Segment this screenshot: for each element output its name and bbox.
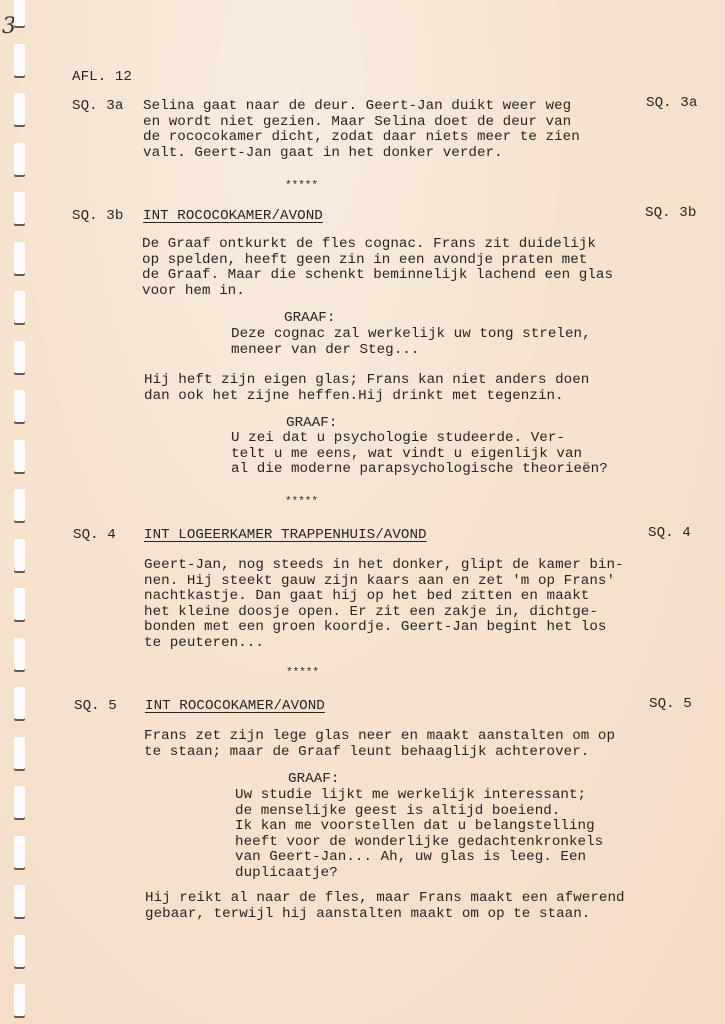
binder-hole — [14, 0, 25, 26]
binder-hole — [14, 291, 25, 323]
scene-label-right: SQ. 3b — [645, 206, 696, 222]
binder-hole — [14, 588, 25, 620]
scene-label-left: SQ. 3a — [72, 99, 123, 115]
binder-hole — [14, 638, 25, 670]
action-text: Frans zet zijn lege glas neer en maakt a… — [144, 729, 615, 760]
action-text: Hij heft zijn eigen glas; Frans kan niet… — [144, 373, 589, 404]
dialogue-text: Uw studie lijkt me werkelijk interessant… — [235, 788, 603, 881]
binder-hole — [14, 885, 25, 917]
scene-label-left: SQ. 4 — [73, 528, 116, 544]
scene-separator: ***** — [285, 180, 318, 192]
scene-label-right: SQ. 3a — [646, 96, 697, 112]
binder-hole — [14, 687, 25, 719]
binder-hole — [14, 539, 25, 571]
binder-hole — [14, 390, 25, 422]
binder-hole — [14, 440, 25, 472]
scene-label-right: SQ. 4 — [648, 526, 691, 542]
action-text: Geert-Jan, nog steeds in het donker, gli… — [144, 558, 624, 651]
binder-hole — [14, 786, 25, 818]
dialogue-text: U zei dat u psychologie studeerde. Ver- … — [231, 431, 608, 478]
binder-holes — [14, 0, 30, 1024]
episode-label: AFL. 12 — [72, 70, 132, 86]
scene-separator: ***** — [286, 667, 319, 679]
binder-hole — [14, 93, 25, 125]
dialogue-text: Deze cognac zal werkelijk uw tong strele… — [231, 327, 591, 358]
character-name: GRAAF: — [284, 311, 335, 327]
binder-hole — [14, 984, 25, 1016]
binder-hole — [14, 192, 25, 224]
scene-label-left: SQ. 5 — [74, 699, 117, 715]
binder-hole — [14, 489, 25, 521]
character-name: GRAAF: — [288, 772, 339, 788]
scene-heading: INT ROCOCOKAMER/AVOND — [145, 699, 325, 715]
scene-label-left: SQ. 3b — [72, 209, 123, 225]
binder-hole — [14, 44, 25, 76]
scene-label-right: SQ. 5 — [649, 697, 692, 713]
binder-hole — [14, 341, 25, 373]
binder-hole — [14, 737, 25, 769]
scene-heading: INT ROCOCOKAMER/AVOND — [143, 209, 323, 225]
action-text: De Graaf ontkurkt de fles cognac. Frans … — [142, 237, 613, 299]
action-text: Selina gaat naar de deur. Geert-Jan duik… — [143, 99, 580, 161]
binder-hole — [14, 836, 25, 868]
binder-hole — [14, 143, 25, 175]
binder-hole — [14, 935, 25, 967]
action-text: Hij reikt al naar de fles, maar Frans ma… — [145, 891, 625, 922]
scene-heading: INT LOGEERKAMER TRAPPENHUIS/AVOND — [144, 528, 427, 544]
binder-hole — [14, 242, 25, 274]
scene-separator: ***** — [285, 496, 318, 508]
